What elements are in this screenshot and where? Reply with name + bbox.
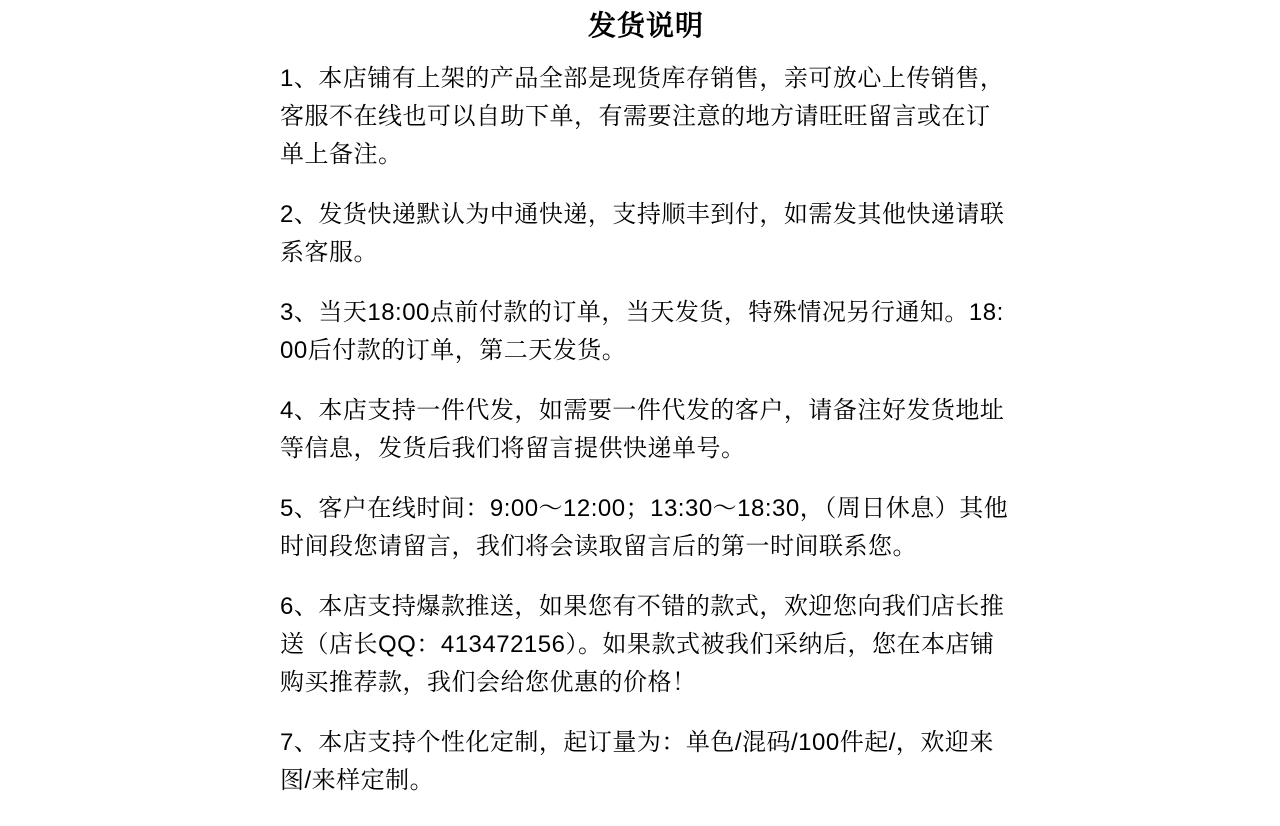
paragraph-3: 3、当天18:00点前付款的订单，当天发货，特殊情况另行通知。18:00后付款的… [280, 294, 1012, 370]
paragraph-4: 4、本店支持一件代发，如需要一件代发的客户，请备注好发货地址等信息，发货后我们将… [280, 392, 1012, 468]
instructions-body: 1、本店铺有上架的产品全部是现货库存销售，亲可放心上传销售，客服不在线也可以自助… [280, 60, 1012, 800]
document-content: 发货说明 1、本店铺有上架的产品全部是现货库存销售，亲可放心上传销售，客服不在线… [280, 10, 1012, 800]
paragraph-5: 5、客户在线时间：9:00～12:00；13:30～18:30，（周日休息）其他… [280, 490, 1012, 566]
paragraph-1: 1、本店铺有上架的产品全部是现货库存销售，亲可放心上传销售，客服不在线也可以自助… [280, 60, 1012, 174]
paragraph-2: 2、发货快递默认为中通快递，支持顺丰到付，如需发其他快递请联系客服。 [280, 196, 1012, 272]
page-title: 发货说明 [280, 10, 1012, 42]
paragraph-6: 6、本店支持爆款推送，如果您有不错的款式，欢迎您向我们店长推送（店长QQ：413… [280, 588, 1012, 702]
paragraph-7: 7、本店支持个性化定制，起订量为：单色/混码/100件起/，欢迎来图/来样定制。 [280, 724, 1012, 800]
shipping-instructions-page: 发货说明 1、本店铺有上架的产品全部是现货库存销售，亲可放心上传销售，客服不在线… [0, 0, 1280, 826]
